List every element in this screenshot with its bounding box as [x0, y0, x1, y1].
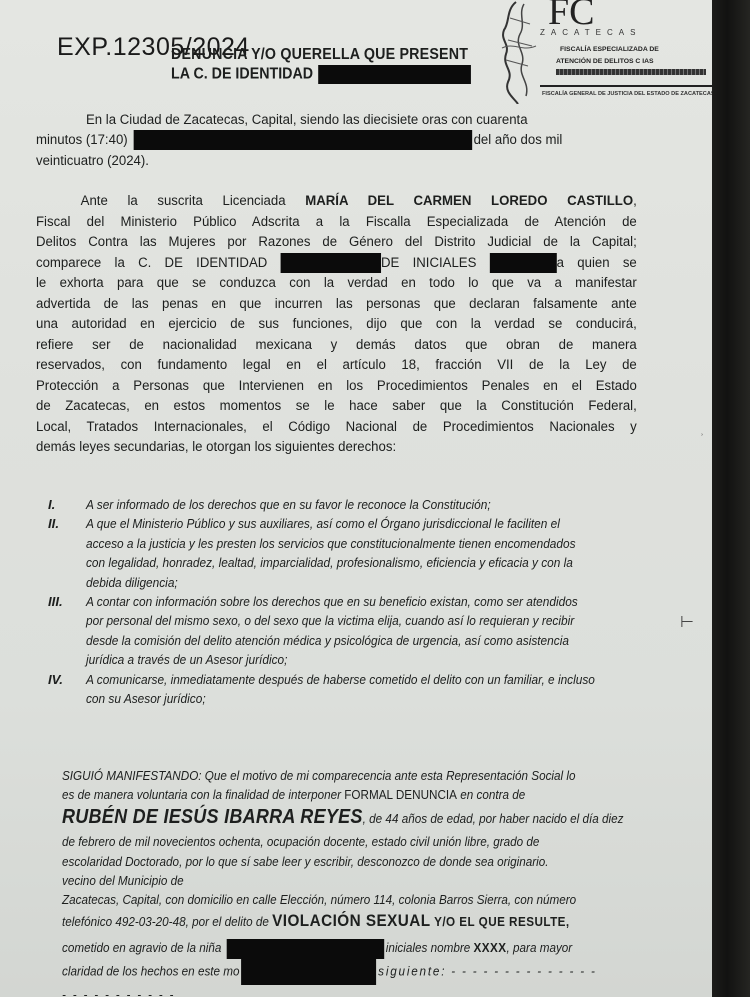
rights-item: III.A contar con información sobre los d… — [48, 592, 688, 670]
rights-item-text: A contar con información sobre los derec… — [86, 592, 628, 670]
statement-text: iniciales nombre — [386, 940, 474, 955]
rights-line: debida diligencia; — [86, 573, 628, 592]
formal-denuncia: FORMAL DENUNCIA — [344, 787, 457, 802]
para-line: comparece la C. DE IDENTIDAD DE INICIALE… — [36, 253, 637, 274]
para-line: Protección a Personas que Intervienen en… — [36, 376, 637, 397]
para-text: DE INICIALES — [381, 255, 476, 271]
redaction-bar — [281, 253, 381, 273]
crime-name: VIOLACIÓN SEXUAL — [272, 911, 431, 930]
para-line: advertida de las penas en que incurren l… — [36, 294, 637, 315]
agency-line-3-struck — [556, 69, 706, 75]
statement-line: vecino del Municipio de — [62, 871, 638, 890]
para-line: le exhorta para que se conduzca con la v… — [36, 273, 637, 294]
statement-text: , para mayor — [507, 940, 573, 955]
statement-text: Y/O EL QUE RESULTE, — [431, 914, 570, 929]
header-rule — [540, 85, 712, 87]
statement-text: siguiente: - - - - - - - - - - - - - - — [378, 963, 597, 978]
para-text: comparece la C. DE IDENTIDAD — [36, 255, 267, 271]
redaction-bar — [133, 130, 472, 150]
redaction-bar — [319, 65, 472, 84]
opening-line-2: minutos (17:40) del año dos mil — [36, 130, 678, 151]
rights-item: IV.A comunicarse, inmediatamente después… — [48, 670, 688, 709]
para-line: una autoridad en ejercicio de sus funcio… — [36, 314, 637, 335]
para-line: de Zacatecas, en estos momentos se le ha… — [36, 396, 637, 417]
opening-line-1: En la Ciudad de Zacatecas, Capital, sien… — [86, 110, 528, 131]
statement-text: , de 44 años de edad, por haber nacido e… — [363, 811, 624, 826]
statement-line: claridad de los hechos en este mosiguien… — [62, 959, 638, 985]
subtitle-text: LA C. DE IDENTIDAD — [171, 66, 313, 83]
rights-line: A ser informado de los derechos que en s… — [86, 495, 628, 514]
redaction-bar — [490, 253, 557, 273]
rights-line: acceso a la justicia y les presten los s… — [86, 534, 628, 553]
rights-item-number: IV. — [48, 670, 63, 689]
para-line: Fiscal del Ministerio Público Adscrita a… — [36, 212, 637, 233]
statement-line: cometido en agravio de la niña iniciales… — [62, 938, 638, 959]
statement-text: es de manera voluntaria con la finalidad… — [62, 787, 344, 802]
rights-item-number: I. — [48, 495, 55, 514]
redaction-bar — [226, 939, 383, 959]
opening-time: minutos (17:40) — [36, 132, 128, 148]
agency-footer: FISCALÍA GENERAL DE JUSTICIA DEL ESTADO … — [542, 91, 715, 97]
statement-text: en contra de — [457, 787, 525, 802]
rights-item-number: III. — [48, 592, 63, 611]
rights-item-text: A ser informado de los derechos que en s… — [86, 495, 628, 514]
rights-item: II.A que el Ministerio Público y sus aux… — [48, 514, 688, 592]
document-title: DENUNCIA Y/O QUERELLA QUE PRESENT — [171, 46, 468, 64]
accused-name: RUBÉN DE IESÚS IBARRA REYES — [62, 806, 363, 828]
rights-line: con su Asesor jurídico; — [86, 689, 628, 708]
para-line: Delitos Contra las Mujeres por Razones d… — [36, 232, 637, 253]
statement-line: RUBÉN DE IESÚS IBARRA REYES, de 44 años … — [62, 804, 638, 832]
statement: SIGUIÓ MANIFESTANDO: Que el motivo de mi… — [62, 766, 702, 997]
rights-item-text: A que el Ministerio Público y sus auxili… — [86, 514, 628, 592]
statement-line: - - - - - - - - - - - — [62, 985, 638, 997]
para-line: demás leyes secundarias, le otorgan los … — [36, 437, 637, 458]
initials-code: XXXX — [474, 940, 507, 955]
para-line: refiere ser de nacionalidad mexicana y d… — [36, 335, 637, 356]
statement-text: claridad de los hechos en este mo — [62, 963, 240, 978]
pen-mark: ˒ — [700, 425, 704, 439]
rights-item: I.A ser informado de los derechos que en… — [48, 495, 688, 514]
agency-line-2: ATENCIÓN DE DELITOS C IAS — [556, 58, 654, 65]
rights-line: con legalidad, honradez, lealtad, imparc… — [86, 553, 628, 572]
opening-year-text: del año dos mil — [474, 132, 563, 148]
document-page: FC ZACATECAS FISCALÍA ESPECIALIZADA DE A… — [0, 0, 712, 997]
rights-list: I.A ser informado de los derechos que en… — [48, 495, 688, 708]
rights-line: jurídica a través de un Asesor jurídico; — [86, 650, 628, 669]
para-line: reservados, con fundamento legal en el a… — [36, 355, 637, 376]
main-paragraph: Ante la suscrita Licenciada MARÍA DEL CA… — [36, 191, 637, 458]
crest-icon — [496, 0, 542, 104]
rights-line: por personal del mismo sexo, o del sexo … — [86, 611, 628, 630]
statement-line: es de manera voluntaria con la finalidad… — [62, 785, 638, 804]
opening-line-3: veinticuatro (2024). — [36, 151, 149, 172]
rights-line: A comunicarse, inmediatamente después de… — [86, 670, 628, 689]
statement-line: SIGUIÓ MANIFESTANDO: Que el motivo de mi… — [62, 766, 638, 785]
rights-item-text: A comunicarse, inmediatamente después de… — [86, 670, 628, 709]
statement-text: cometido en agravio de la niña — [62, 940, 221, 955]
rights-line: A contar con información sobre los derec… — [86, 592, 628, 611]
statement-line: telefónico 492-03-20-48, por el delito d… — [62, 909, 638, 934]
statement-line: de febrero de mil novecientos ochenta, o… — [62, 832, 638, 851]
fiscalia-logo: FC ZACATECAS FISCALÍA ESPECIALIZADA DE A… — [496, 0, 712, 104]
rights-line: desde la comisión del delito atención mé… — [86, 631, 628, 650]
rights-line: A que el Ministerio Público y sus auxili… — [86, 514, 628, 533]
statement-line: Zacatecas, Capital, con domicilio en cal… — [62, 890, 638, 909]
page-edge-shadow — [712, 0, 750, 997]
fiscal-name: MARÍA DEL CARMEN LOREDO CASTILLO — [305, 193, 633, 209]
rights-item-number: II. — [48, 514, 59, 533]
statement-line: escolaridad Doctorado, por lo que sí sab… — [62, 852, 638, 871]
statement-text: telefónico 492-03-20-48, por el delito d… — [62, 914, 272, 929]
para-text: , — [633, 193, 637, 209]
document-subtitle: LA C. DE IDENTIDAD — [171, 65, 471, 84]
para-line: Local, Tratados Internacionales, el Códi… — [36, 417, 637, 438]
redaction-bar — [241, 959, 376, 985]
para-text: Ante la suscrita Licenciada — [81, 193, 306, 209]
logo-state: ZACATECAS — [540, 28, 641, 37]
para-line: Ante la suscrita Licenciada MARÍA DEL CA… — [36, 191, 637, 212]
para-text: a quien se — [557, 255, 637, 271]
agency-line-1: FISCALÍA ESPECIALIZADA DE — [560, 46, 659, 53]
pen-mark: ⊢ — [680, 612, 694, 632]
